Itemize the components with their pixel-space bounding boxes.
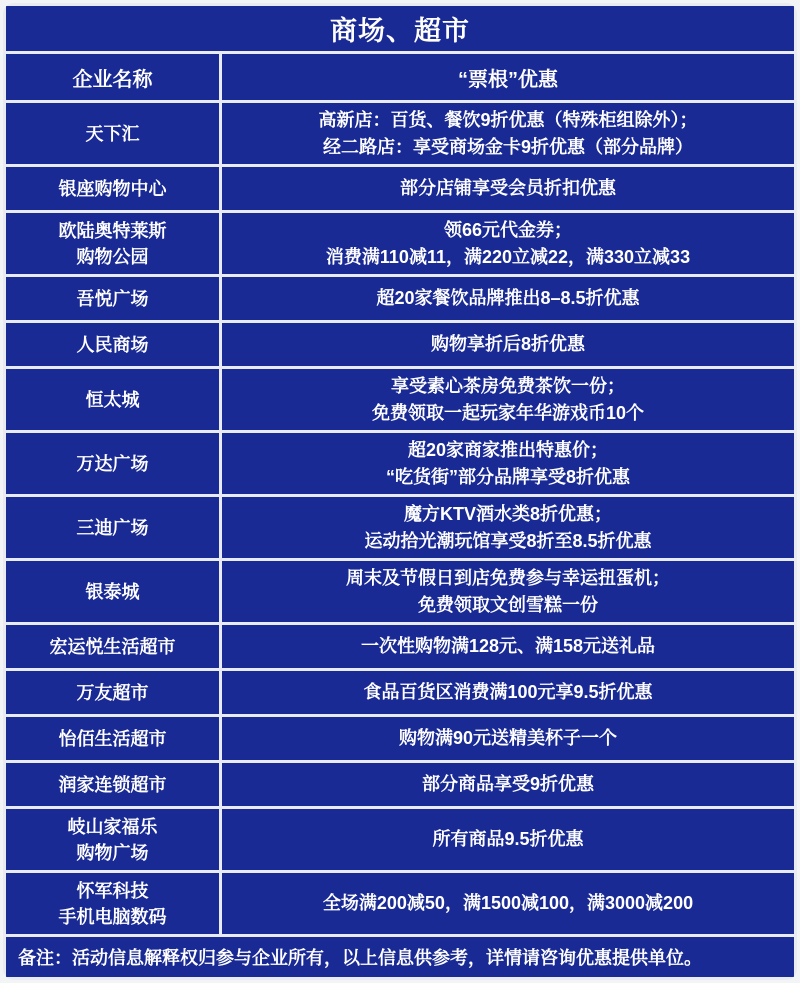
offer-cell: 享受素心茶房免费茶饮一份； 免费领取一起玩家年华游戏币10个 [222,369,794,430]
company-name: 怀军科技 [77,878,149,904]
offer-cell: 全场满200减50，满1500减100，满3000减200 [222,873,794,934]
offer-line: 高新店：百货、餐饮9折优惠（特殊柜组除外）； [318,107,697,134]
company-name: 三迪广场 [77,515,149,541]
company-name: 天下汇 [86,121,140,147]
company-name: 宏运悦生活超市 [50,634,176,660]
company-name: 怡佰生活超市 [59,726,167,752]
offer-cell: 部分店铺享受会员折扣优惠 [222,167,794,210]
offer-line: 超20家商家推出特惠价； [408,437,608,464]
company-name-cell: 吾悦广场 [6,277,219,320]
offer-line: 魔方KTV酒水类8折优惠； [404,501,612,528]
company-name: 吾悦广场 [77,286,149,312]
offer-cell: 超20家餐饮品牌推出8–8.5折优惠 [222,277,794,320]
offer-line: 部分商品享受9折优惠 [422,771,594,798]
offer-cell: 周末及节假日到店免费参与幸运扭蛋机； 免费领取文创雪糕一份 [222,561,794,622]
promo-table-panel: 商场、超市 企业名称 “票根”优惠 天下汇 高新店：百货、餐饮9折优惠（特殊柜组… [3,3,797,980]
table-row: 银座购物中心 部分店铺享受会员折扣优惠 [6,167,794,210]
table-row: 三迪广场 魔方KTV酒水类8折优惠； 运动拾光潮玩馆享受8折至8.5折优惠 [6,497,794,558]
offer-line: 消费满110减11，满220立减22，满330立减33 [326,244,690,271]
company-name-cell: 润家连锁超市 [6,763,219,806]
table-row: 润家连锁超市 部分商品享受9折优惠 [6,763,794,806]
offer-line: 购物满90元送精美杯子一个 [399,725,617,752]
table-row: 怡佰生活超市 购物满90元送精美杯子一个 [6,717,794,760]
company-name: 购物广场 [77,840,149,866]
company-name: 万友超市 [77,680,149,706]
offer-line: 享受素心茶房免费茶饮一份； [391,373,625,400]
table-row: 银泰城 周末及节假日到店免费参与幸运扭蛋机； 免费领取文创雪糕一份 [6,561,794,622]
offer-cell: 领66元代金券； 消费满110减11，满220立减22，满330立减33 [222,213,794,274]
company-name: 恒太城 [86,387,140,413]
company-name-cell: 银泰城 [6,561,219,622]
company-name: 购物公园 [77,244,149,270]
company-name-cell: 宏运悦生活超市 [6,625,219,668]
offer-line: 领66元代金券； [444,217,572,244]
table-row: 吾悦广场 超20家餐饮品牌推出8–8.5折优惠 [6,277,794,320]
company-name-cell: 人民商场 [6,323,219,366]
company-name-cell: 天下汇 [6,103,219,164]
company-name-cell: 岐山家福乐 购物广场 [6,809,219,870]
company-name-cell: 怀军科技 手机电脑数码 [6,873,219,934]
offer-line: 购物享折后8折优惠 [431,331,585,358]
company-name: 人民商场 [77,332,149,358]
table-row: 人民商场 购物享折后8折优惠 [6,323,794,366]
company-name-cell: 三迪广场 [6,497,219,558]
company-name-cell: 银座购物中心 [6,167,219,210]
footer-note: 备注：活动信息解释权归参与企业所有，以上信息供参考，详情请咨询优惠提供单位。 [6,937,794,977]
table-header-row: 企业名称 “票根”优惠 [6,54,794,100]
column-header-offer: “票根”优惠 [222,54,794,100]
company-name-cell: 欧陆奥特莱斯 购物公园 [6,213,219,274]
offer-line: 所有商品9.5折优惠 [432,826,583,853]
table-row: 宏运悦生活超市 一次性购物满128元、满158元送礼品 [6,625,794,668]
company-name: 岐山家福乐 [68,814,158,840]
offer-cell: 购物享折后8折优惠 [222,323,794,366]
table-row: 恒太城 享受素心茶房免费茶饮一份； 免费领取一起玩家年华游戏币10个 [6,369,794,430]
company-name-cell: 怡佰生活超市 [6,717,219,760]
company-name: 银座购物中心 [59,176,167,202]
company-name: 润家连锁超市 [59,772,167,798]
offer-line: 一次性购物满128元、满158元送礼品 [361,633,655,660]
offer-cell: 高新店：百货、餐饮9折优惠（特殊柜组除外）； 经二路店：享受商场金卡9折优惠（部… [222,103,794,164]
table-row: 岐山家福乐 购物广场 所有商品9.5折优惠 [6,809,794,870]
page-title: 商场、超市 [6,6,794,51]
offer-line: 周末及节假日到店免费参与幸运扭蛋机； [346,565,670,592]
offer-cell: 超20家商家推出特惠价； “吃货街”部分品牌享受8折优惠 [222,433,794,494]
offer-line: 部分店铺享受会员折扣优惠 [400,175,616,202]
offer-cell: 一次性购物满128元、满158元送礼品 [222,625,794,668]
company-name-cell: 万达广场 [6,433,219,494]
offer-cell: 所有商品9.5折优惠 [222,809,794,870]
offer-line: 运动拾光潮玩馆享受8折至8.5折优惠 [364,528,651,555]
company-name-cell: 恒太城 [6,369,219,430]
table-row: 怀军科技 手机电脑数码 全场满200减50，满1500减100，满3000减20… [6,873,794,934]
company-name: 万达广场 [77,451,149,477]
table-row: 万达广场 超20家商家推出特惠价； “吃货街”部分品牌享受8折优惠 [6,433,794,494]
table-row: 万友超市 食品百货区消费满100元享9.5折优惠 [6,671,794,714]
table-row: 天下汇 高新店：百货、餐饮9折优惠（特殊柜组除外）； 经二路店：享受商场金卡9折… [6,103,794,164]
offer-line: “吃货街”部分品牌享受8折优惠 [386,464,630,491]
offer-cell: 购物满90元送精美杯子一个 [222,717,794,760]
table-row: 欧陆奥特莱斯 购物公园 领66元代金券； 消费满110减11，满220立减22，… [6,213,794,274]
footer-row: 备注：活动信息解释权归参与企业所有，以上信息供参考，详情请咨询优惠提供单位。 [6,937,794,977]
company-name: 欧陆奥特莱斯 [59,218,167,244]
offer-cell: 魔方KTV酒水类8折优惠； 运动拾光潮玩馆享受8折至8.5折优惠 [222,497,794,558]
title-bar: 商场、超市 [6,6,794,51]
offer-cell: 部分商品享受9折优惠 [222,763,794,806]
column-header-company: 企业名称 [6,54,219,100]
company-name: 手机电脑数码 [59,904,167,930]
offer-line: 超20家餐饮品牌推出8–8.5折优惠 [376,285,639,312]
offer-line: 免费领取文创雪糕一份 [418,592,598,619]
company-name-cell: 万友超市 [6,671,219,714]
offer-line: 食品百货区消费满100元享9.5折优惠 [363,679,652,706]
company-name: 银泰城 [86,579,140,605]
offer-line: 免费领取一起玩家年华游戏币10个 [372,400,644,427]
offer-line: 经二路店：享受商场金卡9折优惠（部分品牌） [323,134,693,161]
offer-line: 全场满200减50，满1500减100，满3000减200 [323,890,693,917]
offer-cell: 食品百货区消费满100元享9.5折优惠 [222,671,794,714]
